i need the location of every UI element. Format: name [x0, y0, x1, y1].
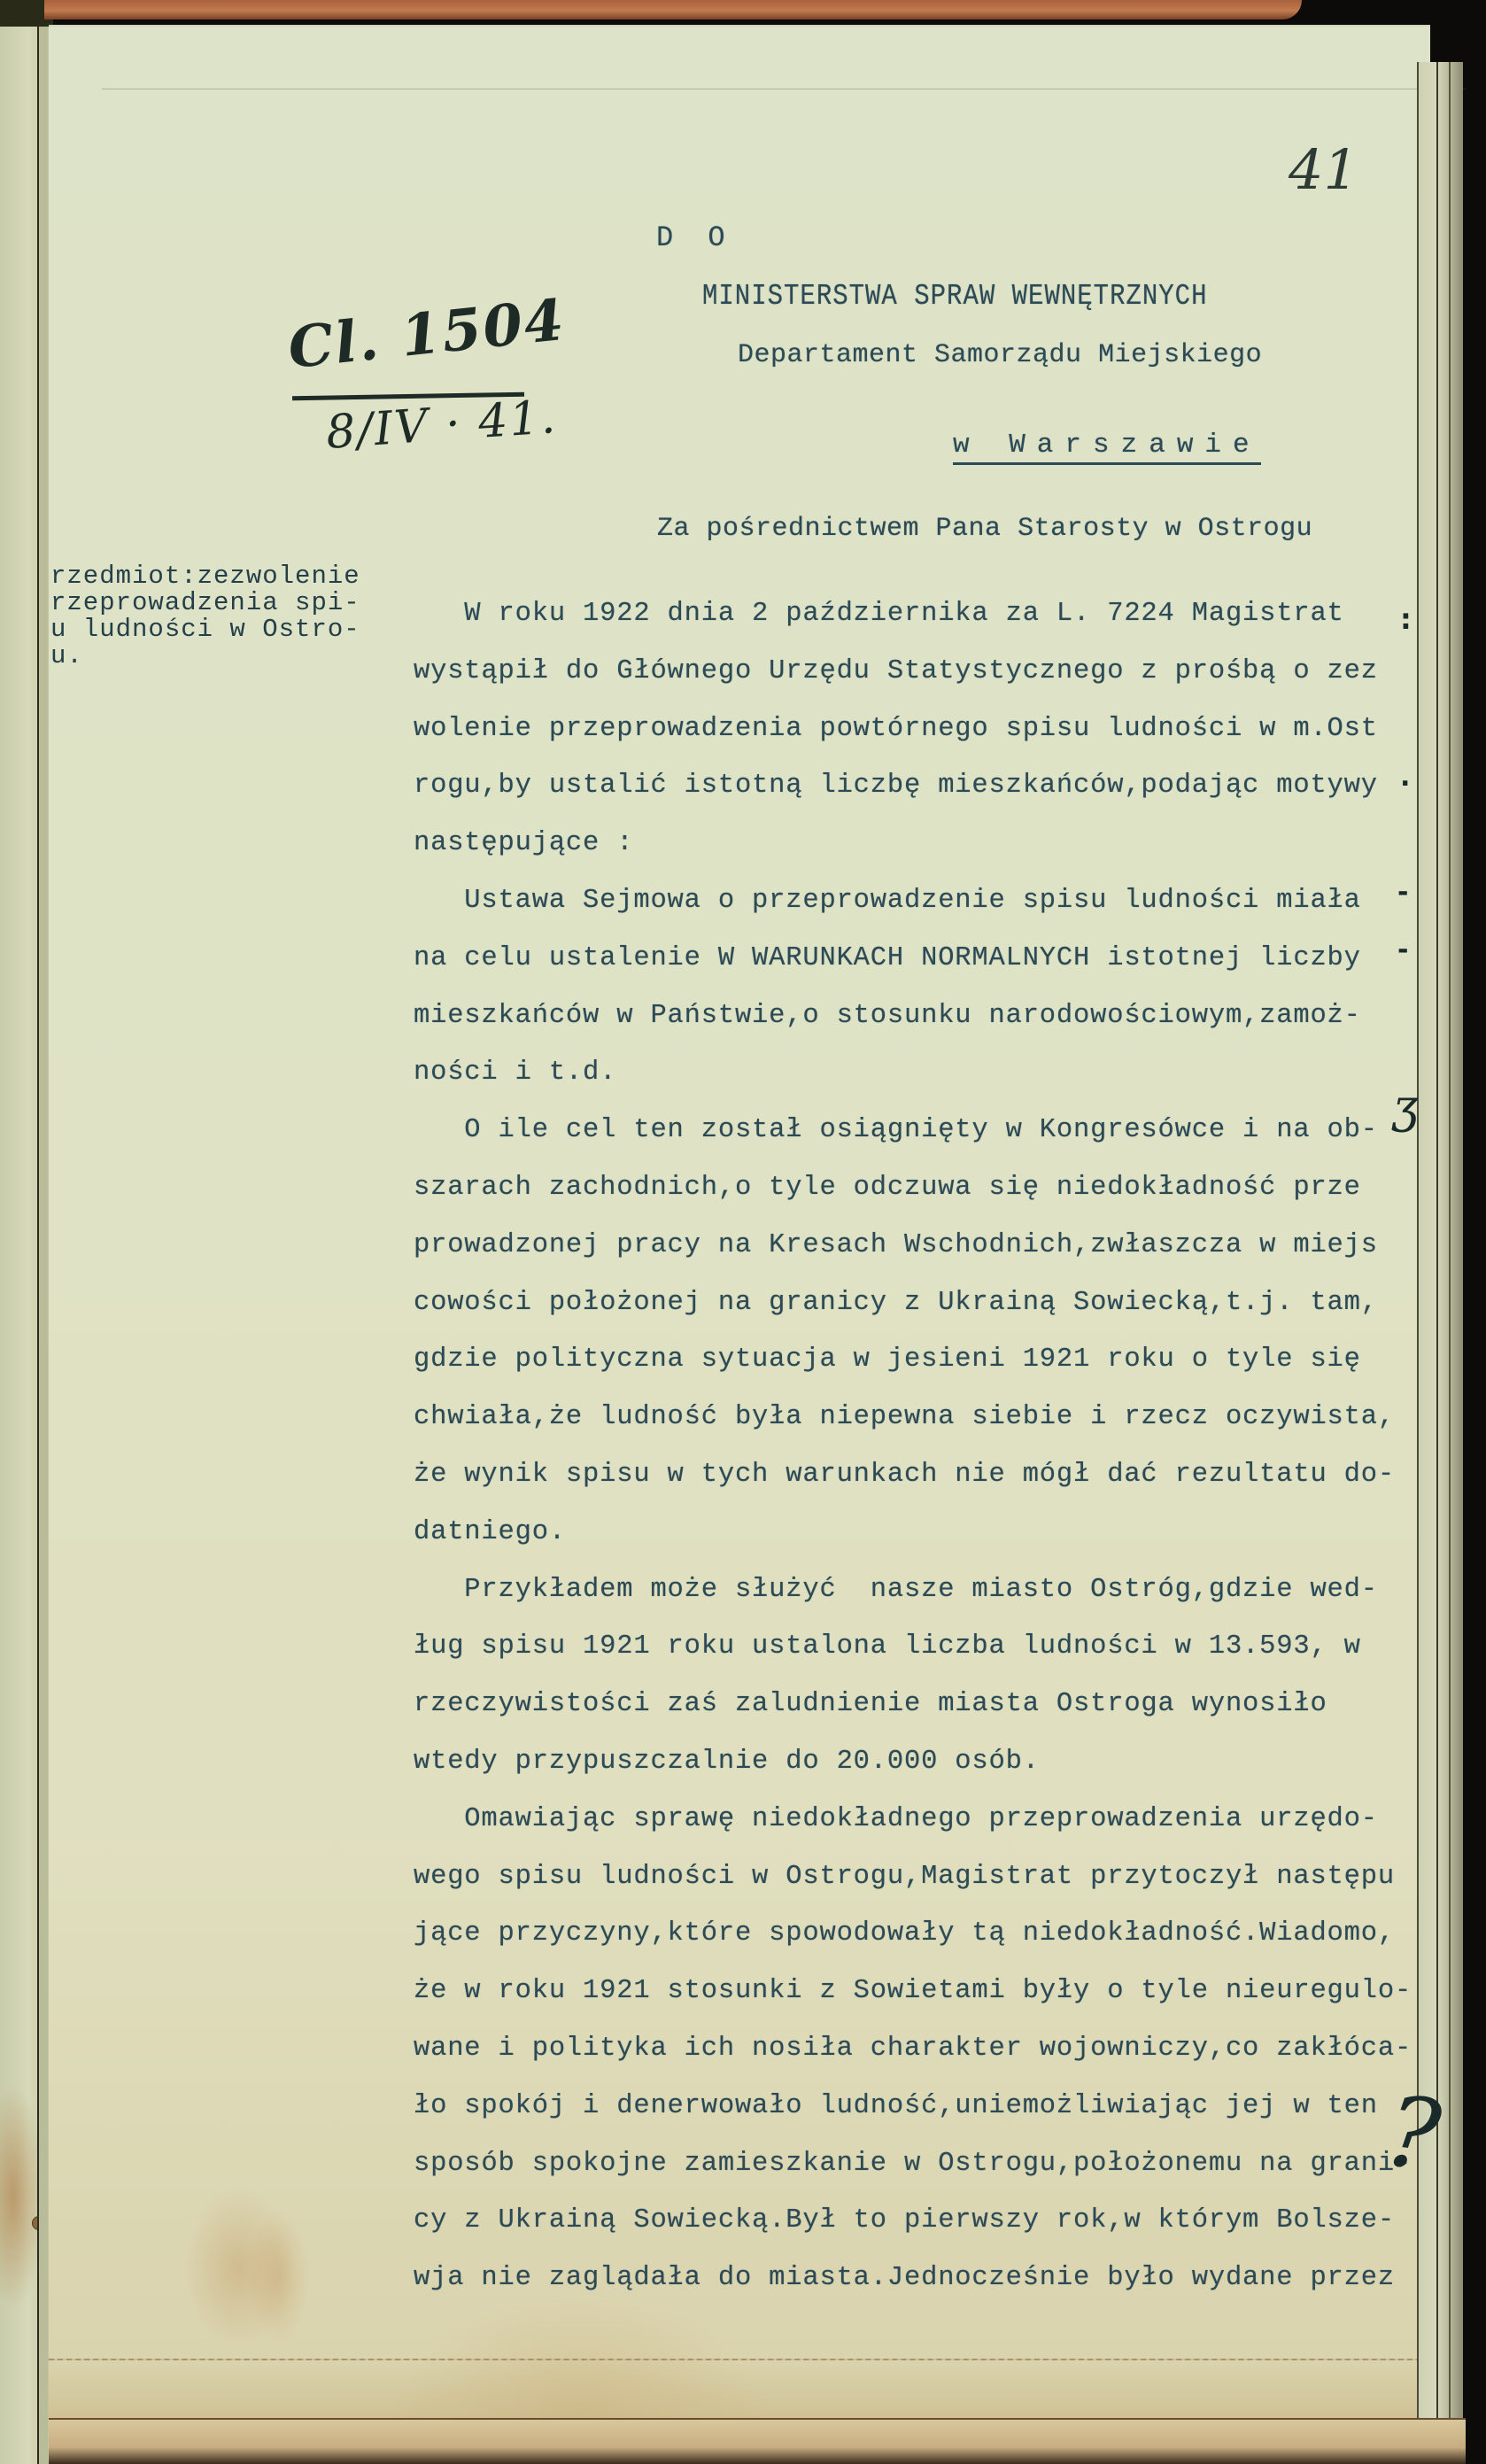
body-line: wego spisu ludności w Ostrogu,Magistrat …: [414, 1855, 1414, 1912]
body-line: rzeczywistości zaś zaludnienie miasta Os…: [414, 1682, 1414, 1740]
body-line: cy z Ukrainą Sowiecką.Był to pierwszy ro…: [414, 2198, 1414, 2256]
body-line: gdzie polityczna sytuacja w jesieni 1921…: [414, 1337, 1414, 1395]
body-line: wolenie przeprowadzenia powtórnego spisu…: [414, 707, 1414, 764]
body-line: Ustawa Sejmowa o przeprowadzenie spisu l…: [414, 879, 1414, 936]
routing-line: Za pośrednictwem Pana Starosty w Ostrogu: [657, 514, 1312, 544]
body-line: Przykładem może służyć nasze miasto Ostr…: [414, 1568, 1414, 1625]
binding-spine: [37, 27, 48, 2464]
margin-dash-mark: -: [1397, 934, 1408, 965]
folio-number: 41: [1289, 137, 1358, 202]
margin-dot-mark: .: [1400, 762, 1410, 793]
body-line: O ile cel ten został osiągnięty w Kongre…: [414, 1108, 1414, 1166]
body-line: mieszkańców w Państwie,o stosunku narodo…: [414, 994, 1414, 1051]
subject-line: rzedmiot:zezwolenie: [50, 563, 360, 590]
bottom-page-edges: [49, 2418, 1466, 2464]
margin-dash-mark: -: [1397, 877, 1408, 908]
fold-line: [102, 89, 1466, 89]
body-line: wja nie zaglądała do miasta.Jednocześnie…: [414, 2256, 1414, 2313]
body-line: że w roku 1921 stosunki z Sowietami były…: [414, 1969, 1414, 2026]
addressee-prefix: D O: [656, 221, 734, 254]
subject-block: rzedmiot:zezwolenie rzeprowadzenia spi- …: [50, 563, 360, 670]
margin-colon-mark: :: [1400, 602, 1412, 636]
body-line: szarach zachodnich,o tyle odczuwa się ni…: [414, 1166, 1414, 1223]
body-line: rogu,by ustalić istotną liczbę mieszkańc…: [414, 763, 1414, 821]
body-line: na celu ustalenie W WARUNKACH NORMALNYCH…: [414, 936, 1414, 994]
addressee-ministry: MINISTERSTWA SPRAW WEWNĘTRZNYCH: [702, 280, 1208, 314]
body-line: datniego.: [414, 1510, 1414, 1568]
page-edge-line: [1436, 62, 1438, 2418]
body-line: następujące :: [414, 821, 1414, 879]
margin-brace-mark: ʒ: [1392, 1081, 1418, 1134]
addressee-department: Departament Samorządu Miejskiego: [738, 340, 1262, 370]
body-line: cowości położonej na granicy z Ukrainą S…: [414, 1281, 1414, 1338]
subject-line: u ludności w Ostro-: [50, 616, 360, 643]
body-line: ło spokój i denerwowało ludność,uniemożl…: [414, 2084, 1414, 2142]
subject-line: rzeprowadzenia spi-: [50, 590, 360, 616]
body-line: wane i polityka ich nosiła charakter woj…: [414, 2026, 1414, 2084]
body-line: sposób spokojne zamieszkanie w Ostrogu,p…: [414, 2142, 1414, 2199]
body-line: ności i t.d.: [414, 1050, 1414, 1108]
body-line: wystąpił do Głównego Urzędu Statystyczne…: [414, 649, 1414, 707]
stacked-page-edges: [1417, 62, 1463, 2418]
letter-body: W roku 1922 dnia 2 października za L. 72…: [414, 592, 1414, 2313]
body-line: ług spisu 1921 roku ustalona liczba ludn…: [414, 1624, 1414, 1682]
body-line: Omawiając sprawę niedokładnego przeprowa…: [414, 1797, 1414, 1855]
body-line: że wynik spisu w tych warunkach nie mógł…: [414, 1453, 1414, 1510]
body-line: wtedy przypuszczalnie do 20.000 osób.: [414, 1740, 1414, 1797]
page-edge-line: [1449, 62, 1451, 2418]
wooden-table-edge: [44, 0, 1302, 19]
body-line: prowadzonej pracy na Kresach Wschodnich,…: [414, 1223, 1414, 1281]
addressee-city: w Warszawie: [953, 430, 1261, 465]
body-line: jące przyczyny,które spowodowały tą nied…: [414, 1911, 1414, 1969]
body-line: chwiała,że ludność była niepewna siebie …: [414, 1395, 1414, 1453]
subject-line: u.: [50, 643, 360, 670]
body-line: W roku 1922 dnia 2 października za L. 72…: [414, 592, 1414, 649]
